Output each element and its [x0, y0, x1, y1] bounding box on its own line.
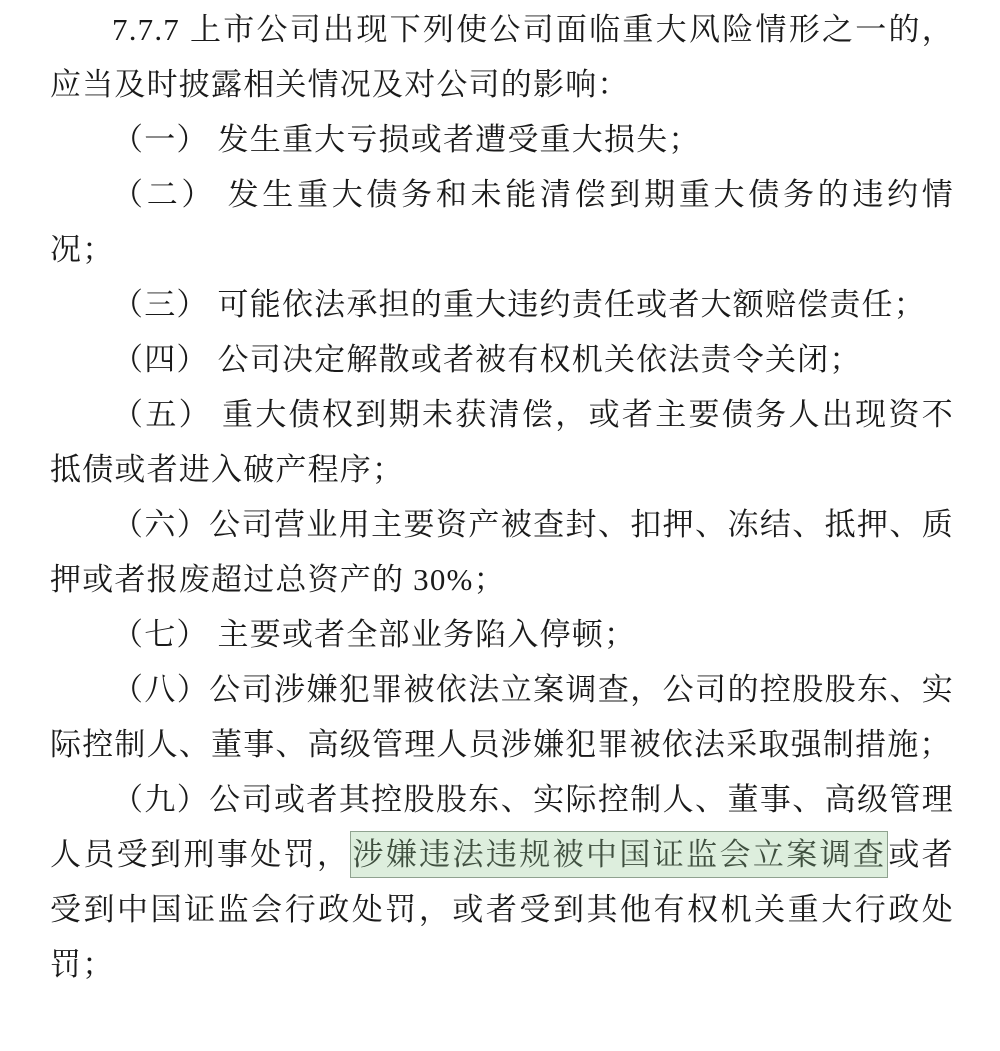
clause-item-3: （三） 可能依法承担的重大违约责任或者大额赔偿责任；: [50, 277, 954, 332]
clause-item-8: （八）公司涉嫌犯罪被依法立案调查，公司的控股股东、实际控制人、董事、高级管理人员…: [50, 662, 954, 772]
clause-item-5: （五） 重大债权到期未获清偿，或者主要债务人出现资不抵债或者进入破产程序；: [50, 387, 954, 497]
clause-item-2: （二） 发生重大债务和未能清偿到期重大债务的违约情况；: [50, 167, 954, 277]
clause-item-9: （九）公司或者其控股股东、实际控制人、董事、高级管理人员受到刑事处罚，涉嫌违法违…: [50, 772, 954, 992]
clause-item-1: （一） 发生重大亏损或者遭受重大损失；: [50, 112, 954, 167]
document-page: 7.7.7 上市公司出现下列使公司面临重大风险情形之一的，应当及时披露相关情况及…: [0, 0, 1000, 1051]
clause-item-7: （七） 主要或者全部业务陷入停顿；: [50, 607, 954, 662]
highlighted-text-annotation: 涉嫌违法违规被中国证监会立案调查: [350, 831, 888, 878]
clause-item-4: （四） 公司决定解散或者被有权机关依法责令关闭；: [50, 332, 954, 387]
clause-item-6: （六）公司营业用主要资产被查封、扣押、冻结、抵押、质押或者报废超过总资产的 30…: [50, 497, 954, 607]
clause-7-7-7-intro: 7.7.7 上市公司出现下列使公司面临重大风险情形之一的，应当及时披露相关情况及…: [50, 2, 954, 112]
